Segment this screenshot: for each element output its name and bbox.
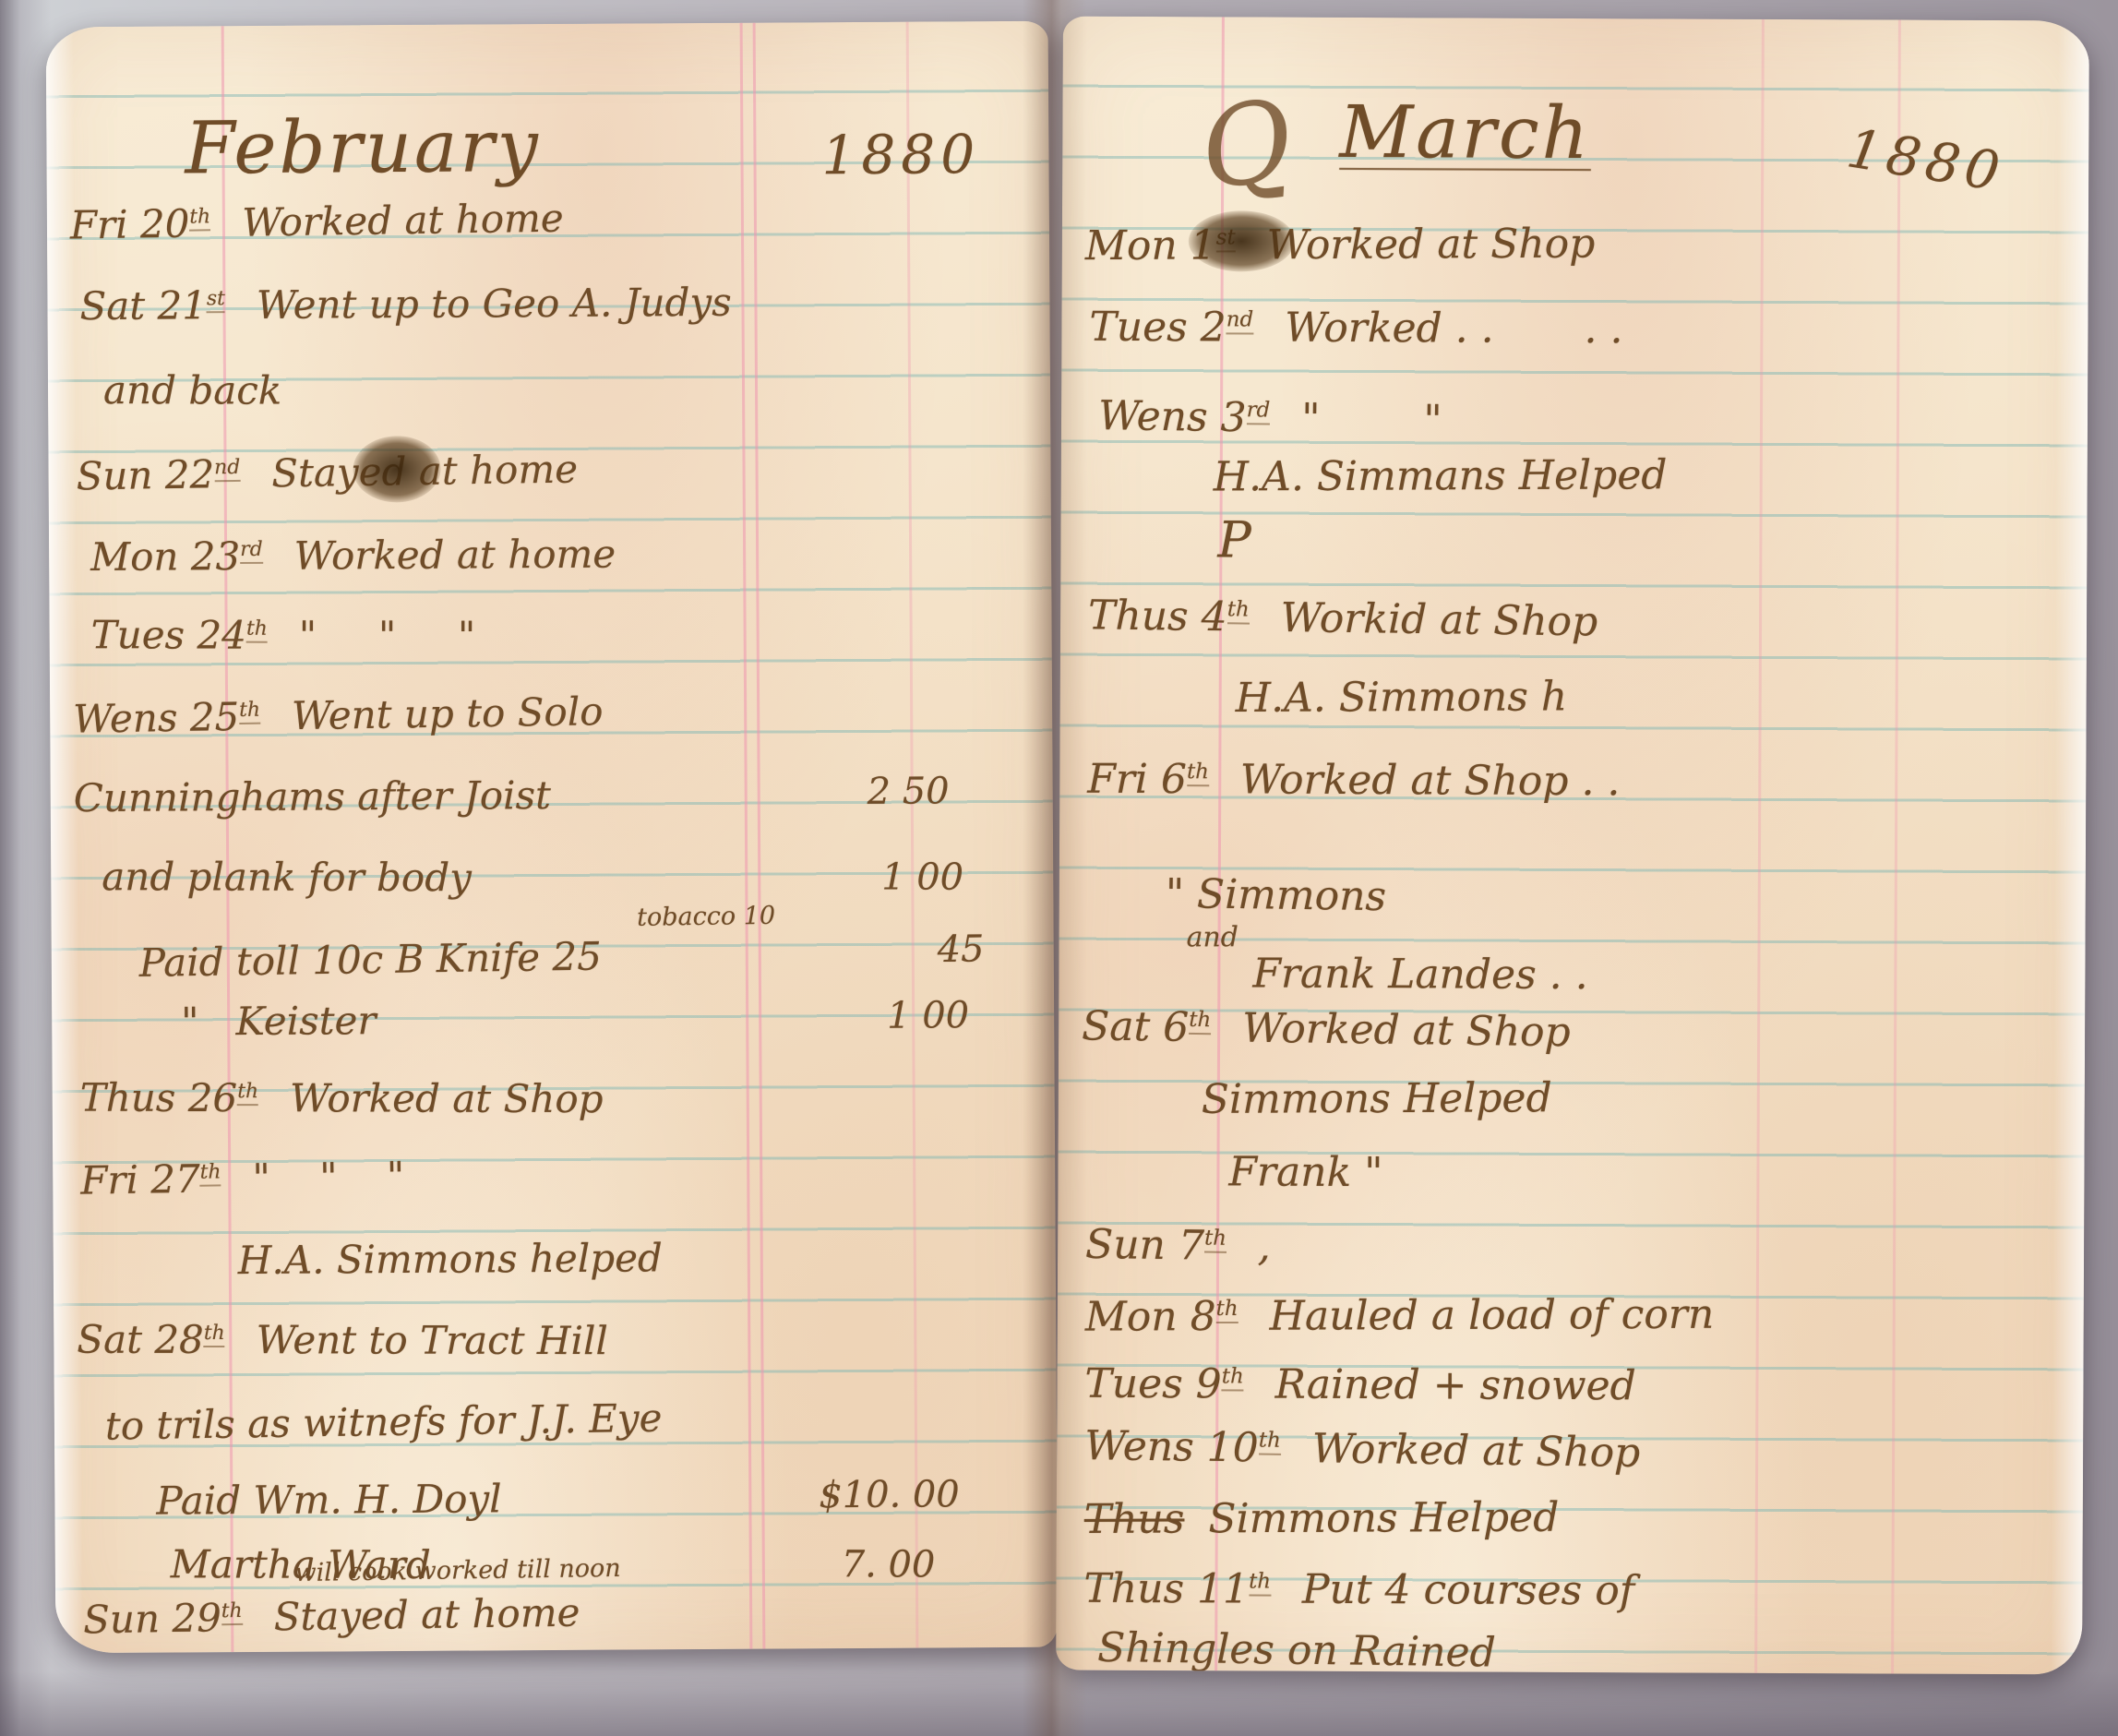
diary-entry-line: Simmons Helped bbox=[1202, 1078, 1552, 1120]
diary-entry-line: Tues 2ndWorked . . . . bbox=[1089, 307, 1622, 351]
entry-day-ordinal: th bbox=[1216, 1297, 1238, 1323]
diary-entry-line: ThusSimmons Helped bbox=[1084, 1498, 1560, 1540]
ledger-amount-rule bbox=[906, 22, 919, 1648]
entry-text: Shingles on Rained bbox=[1097, 1624, 1496, 1675]
diary-entry-line: Frank " bbox=[1228, 1152, 1382, 1193]
entry-text: H.A. Simmons h bbox=[1236, 673, 1568, 722]
diary-entry-line: Wens 25thWent up to Solo bbox=[73, 692, 604, 739]
entry-day-number: Thus 26 bbox=[80, 1075, 238, 1120]
entry-text: Put 4 courses of bbox=[1302, 1566, 1634, 1615]
entry-text: and bbox=[1186, 921, 1238, 953]
diary-entry-line: Shingles on Rained bbox=[1097, 1628, 1496, 1674]
entry-text: Worked at Shop bbox=[1311, 1425, 1640, 1477]
diary-entry-line: H.A. Simmans Helped bbox=[1214, 455, 1668, 497]
year-heading: 1880 bbox=[1843, 116, 2009, 204]
entry-day-ordinal: th bbox=[1222, 1365, 1244, 1392]
entry-day-number: Sun 29 bbox=[83, 1595, 221, 1642]
diary-entry-line: and bbox=[1186, 924, 1238, 952]
entry-day: Tues 2nd bbox=[1089, 304, 1253, 352]
entries-february: Fri 20thWorked at homeSat 21stWent up to… bbox=[46, 21, 1048, 28]
diary-entry-line: " Keister1 00 bbox=[181, 1001, 377, 1041]
entry-day-ordinal: rd bbox=[1246, 399, 1270, 425]
entry-day: Thus 11th bbox=[1083, 1565, 1271, 1613]
entry-text: and back bbox=[103, 367, 281, 413]
entry-day: Thus 26th bbox=[80, 1075, 258, 1121]
entry-day-number: Thus 11 bbox=[1083, 1565, 1249, 1613]
diary-entry-line: " Simmons bbox=[1165, 874, 1386, 917]
entry-text: Worked at Shop bbox=[1242, 1005, 1571, 1057]
diary-entry-line: to trils as witnefs for J.J. Eye bbox=[105, 1399, 663, 1446]
entry-text: and plank for body bbox=[102, 854, 472, 900]
pen-flourish: Q bbox=[1192, 76, 1299, 215]
diary-entry-line: Tues 24th" " " bbox=[91, 616, 476, 655]
entry-inserted-note: tobacco 10 bbox=[637, 904, 775, 930]
entry-day-ordinal: nd bbox=[1227, 308, 1254, 335]
entry-text: Frank " bbox=[1228, 1148, 1382, 1196]
entry-text: Went up to Geo A. Judys bbox=[257, 280, 732, 328]
entry-text: Worked at Shop bbox=[290, 1075, 604, 1121]
diary-entry-line: P bbox=[1217, 515, 1251, 565]
ledger-amount-rule bbox=[753, 23, 766, 1649]
entry-day: Tues 9th bbox=[1084, 1360, 1243, 1408]
entry-day-number: Tues 2 bbox=[1089, 304, 1227, 352]
entry-day-ordinal: th bbox=[1259, 1429, 1281, 1455]
diary-entry-line: Frank Landes . . bbox=[1252, 953, 1588, 996]
entry-day-number: Mon 23 bbox=[90, 533, 240, 580]
entry-day-ordinal: th bbox=[1204, 1227, 1227, 1253]
entry-text: Cunninghams after Joist bbox=[74, 772, 552, 820]
entry-day-ordinal: th bbox=[1189, 1008, 1211, 1035]
diary-entry-line: Fri 6thWorked at Shop . . bbox=[1087, 760, 1620, 803]
entry-text: Paid Wm. H. Doyl bbox=[156, 1476, 502, 1523]
diary-entry-line: Tues 9thRained + snowed bbox=[1084, 1364, 1636, 1407]
entry-day-number: Sat 6 bbox=[1082, 1002, 1190, 1051]
entry-day-ordinal: th bbox=[204, 1322, 225, 1347]
year-heading: 1880 bbox=[821, 123, 980, 186]
diary-entry-line: Sun 29thStayed at homewill cook worked t… bbox=[83, 1593, 580, 1639]
entry-day: Sat 21st bbox=[79, 282, 225, 329]
entry-day-ordinal: th bbox=[239, 699, 260, 724]
diary-entry-line: and plank for body1 00 bbox=[102, 857, 472, 897]
entry-day-ordinal: th bbox=[246, 617, 268, 643]
entry-day-number: Wens 10 bbox=[1084, 1422, 1259, 1471]
entry-day: Mon 8th bbox=[1085, 1293, 1238, 1341]
diary-entry-line: Mon 23rdWorked at home bbox=[90, 535, 616, 577]
entry-day-number: Sun 7 bbox=[1085, 1221, 1204, 1270]
diary-entry-line: Sun 22ndStayed at home bbox=[76, 449, 578, 496]
entry-day-number: Mon 8 bbox=[1085, 1293, 1216, 1341]
entry-day: Sat 6th bbox=[1082, 1002, 1212, 1051]
month-heading: February bbox=[185, 105, 541, 190]
diary-entry-line: Sun 7th, bbox=[1085, 1225, 1271, 1268]
entry-day-number: Fri 20 bbox=[70, 201, 190, 248]
entry-day-number: Fri 27 bbox=[80, 1156, 200, 1203]
entry-day-ordinal: th bbox=[1187, 760, 1209, 787]
entry-text: P bbox=[1217, 510, 1251, 569]
entry-text: Worked . . . . bbox=[1285, 305, 1623, 353]
diary-entry-line: Paid Wm. H. Doyl$10. 00 bbox=[156, 1479, 501, 1520]
diary-page-march: Q March 1880 Mon 1stWorked at ShopTues 2… bbox=[1056, 17, 2089, 1675]
entry-day-ordinal: th bbox=[237, 1080, 258, 1106]
diary-entry-line: Fri 20thWorked at home bbox=[70, 199, 564, 245]
entry-text: Simmons Helped bbox=[1208, 1494, 1559, 1543]
entry-day-number: Wens 25 bbox=[73, 694, 240, 742]
entry-text: " " bbox=[1301, 395, 1442, 444]
entry-day-ordinal: st bbox=[207, 287, 225, 313]
diary-entry-line: Cunninghams after Joist2 50 bbox=[74, 776, 551, 818]
entry-text: Paid toll 10c B Knife 25 bbox=[138, 933, 602, 985]
entry-text: " Simmons bbox=[1165, 870, 1386, 920]
entry-day-number: Thus 4 bbox=[1088, 592, 1227, 641]
entry-day-ordinal: nd bbox=[214, 456, 240, 482]
ink-blot bbox=[1189, 210, 1295, 272]
diary-entry-line: Thus 4thWorkid at Shop bbox=[1088, 595, 1598, 642]
entry-amount: 1 00 bbox=[887, 998, 969, 1035]
entry-amount: 1 00 bbox=[881, 859, 963, 896]
entry-day-ordinal: th bbox=[221, 1599, 243, 1625]
diary-entry-line: Sat 28thWent to Tract Hill bbox=[77, 1321, 608, 1361]
entry-day-ordinal: th bbox=[199, 1160, 221, 1186]
diary-entry-line: H.A. Simmons h bbox=[1236, 676, 1568, 719]
struck-word: Thus bbox=[1084, 1495, 1185, 1542]
diary-entry-line: H.A. Simmons helped bbox=[238, 1239, 663, 1280]
entry-text: Went to Tract Hill bbox=[257, 1317, 608, 1363]
diary-entry-line: Sat 21stWent up to Geo A. Judys bbox=[79, 283, 732, 326]
diary-entry-line: Mon 8thHauled a load of corn bbox=[1085, 1295, 1715, 1338]
entry-day: Tues 24th bbox=[91, 612, 268, 658]
entry-day: Sun 29th bbox=[83, 1595, 243, 1643]
diary-entry-line: Wens 3rd" " bbox=[1098, 396, 1442, 441]
entry-text: " " " bbox=[299, 613, 476, 659]
entry-amount: 2 50 bbox=[868, 773, 950, 810]
entry-text: H.A. Simmans Helped bbox=[1214, 451, 1668, 500]
entry-text: H.A. Simmons helped bbox=[238, 1235, 663, 1283]
entry-day: Thus 4th bbox=[1088, 592, 1250, 641]
entries-march: Mon 1stWorked at ShopTues 2ndWorked . . … bbox=[1063, 17, 2089, 21]
entry-day: Wens 10th bbox=[1084, 1422, 1281, 1472]
entry-text: Rained + snowed bbox=[1275, 1361, 1636, 1410]
entry-day-ordinal: rd bbox=[240, 538, 263, 564]
entry-day-number: Sat 28 bbox=[77, 1317, 204, 1362]
entry-day: Wens 25th bbox=[73, 694, 261, 742]
entry-text: " " " bbox=[252, 1153, 404, 1200]
entry-text: Worked at home bbox=[242, 196, 564, 245]
diary-entry-line: Wens 10thWorked at Shop bbox=[1084, 1426, 1641, 1474]
entry-text: Hauled a load of corn bbox=[1269, 1291, 1714, 1340]
entry-day-number: Tues 24 bbox=[91, 612, 246, 657]
diary-entry-line: Thus 11thPut 4 courses of bbox=[1083, 1569, 1634, 1612]
entry-text: Stayed at home bbox=[273, 1589, 580, 1639]
diary-entry-line: and back bbox=[103, 371, 281, 411]
entry-text: Frank Landes . . bbox=[1252, 950, 1588, 999]
entry-day-number: Wens 3 bbox=[1098, 392, 1247, 441]
ledger-amount-rule bbox=[740, 23, 753, 1649]
entry-day-ordinal: th bbox=[1227, 598, 1250, 625]
entry-day-number: Sat 21 bbox=[79, 282, 207, 329]
diary-entry-line: Mon 1stWorked at Shop bbox=[1085, 224, 1596, 267]
entry-day: Fri 27th bbox=[80, 1155, 221, 1203]
ledger-amount-rule bbox=[1754, 19, 1765, 1673]
entry-day: Fri 6th bbox=[1087, 756, 1209, 804]
entry-day: Sun 7th bbox=[1085, 1221, 1227, 1270]
diary-entry-line: Paid toll 10c B Knife 2545tobacco 10 bbox=[139, 937, 603, 982]
entry-text: Worked at home bbox=[294, 532, 616, 579]
entry-day-number: Tues 9 bbox=[1084, 1360, 1222, 1408]
entry-text: , bbox=[1258, 1223, 1272, 1270]
entry-amount: 45 bbox=[937, 931, 984, 969]
diary-entry-line: Thus 26thWorked at Shop bbox=[80, 1079, 604, 1119]
entry-day-number: Sun 22 bbox=[76, 451, 214, 498]
entry-text: Worked at Shop . . bbox=[1240, 756, 1621, 805]
entry-day: Wens 3rd bbox=[1098, 392, 1271, 441]
entry-day-ordinal: th bbox=[1249, 1570, 1271, 1597]
entry-day-ordinal: th bbox=[189, 205, 210, 231]
entry-day-number: Fri 6 bbox=[1087, 756, 1187, 803]
entry-day: Fri 20th bbox=[70, 200, 211, 247]
entry-day: Sun 22nd bbox=[76, 451, 240, 499]
diary-entry-line: Sat 6thWorked at Shop bbox=[1082, 1006, 1571, 1053]
ledger-amount-rule bbox=[1891, 20, 1901, 1674]
entry-text: to trils as witnefs for J.J. Eye bbox=[105, 1395, 663, 1449]
entry-text: Simmons Helped bbox=[1202, 1074, 1552, 1123]
entry-day: Mon 23rd bbox=[90, 533, 263, 580]
entry-inserted-note: will cook worked till noon bbox=[294, 1556, 621, 1586]
diary-page-february: February 1880 Fri 20thWorked at homeSat … bbox=[46, 21, 1059, 1654]
entry-amount: $10. 00 bbox=[819, 1477, 960, 1515]
entry-day: Sat 28th bbox=[77, 1317, 224, 1362]
entry-text: " Keister bbox=[181, 998, 377, 1044]
entry-text: Worked at Shop bbox=[1267, 221, 1596, 269]
entry-text: Workid at Shop bbox=[1280, 594, 1597, 645]
month-heading: March bbox=[1339, 91, 1591, 175]
entry-amount: 7. 00 bbox=[842, 1547, 936, 1584]
scanned-diary-spread: February 1880 Fri 20thWorked at homeSat … bbox=[0, 0, 2118, 1736]
entry-text: Went up to Solo bbox=[292, 688, 604, 738]
diary-entry-line: Fri 27th" " " bbox=[80, 1156, 405, 1200]
